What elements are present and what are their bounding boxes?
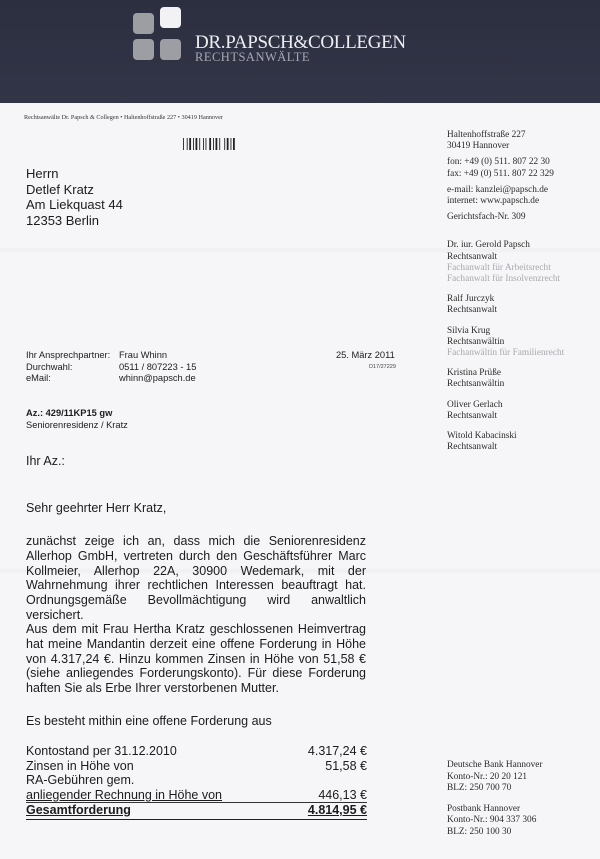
recipient-name: Detlef Kratz [26, 182, 123, 198]
claim-row: Kontostand per 31.12.2010 4.317,24 € [26, 744, 367, 759]
bank-name: Deutsche Bank Hannover [447, 760, 597, 772]
lawyer-title: Rechtsanwalt [447, 252, 597, 263]
contact-email: whinn@papsch.de [119, 373, 196, 385]
our-reference: Az.: 429/11KP15 gw [26, 408, 112, 418]
lawyer-name: Silvia Krug [447, 326, 597, 337]
firm-website: internet: www.papsch.de [447, 196, 597, 207]
lawyer-specialty: Fachanwalt für Arbeitsrecht [447, 263, 597, 274]
lawyer-title: Rechtsanwalt [447, 442, 597, 453]
claim-label: Kontostand per 31.12.2010 [26, 744, 177, 759]
claim-row: RA-Gebühren gem. [26, 773, 367, 788]
lawyer-title: Rechtsanwältin [447, 379, 597, 390]
bank-blz: BLZ: 250 100 30 [447, 827, 597, 839]
claim-label: anliegender Rechnung in Höhe von [26, 788, 222, 803]
claim-row: Zinsen in Höhe von 51,58 € [26, 759, 367, 774]
body-paragraph-3: Es besteht mithin eine offene Forderung … [26, 714, 366, 729]
firm-phone: fon: +49 (0) 511. 807 22 30 [447, 157, 597, 168]
recipient-street: Am Liekquast 44 [26, 197, 123, 213]
claim-value: 4.317,24 € [308, 744, 367, 759]
claim-row: anliegender Rechnung in Höhe von 446,13 … [26, 788, 367, 804]
total-label: Gesamtforderung [26, 803, 131, 818]
claim-total-row: Gesamtforderung 4.814,95 € [26, 803, 367, 820]
lawyer-name: Ralf Jurczyk [447, 294, 597, 305]
contact-label: Ihr Ansprechpartner: [26, 350, 119, 362]
claim-value: 51,58 € [325, 759, 367, 774]
body-paragraph-1: zunächst zeige ich an, dass mich die Sen… [26, 534, 366, 623]
firm-fax: fax: +49 (0) 511. 807 22 329 [447, 169, 597, 180]
contact-block: Ihr Ansprechpartner:Frau Whinn Durchwahl… [26, 350, 196, 385]
court-box-number: Gerichtsfach-Nr. 309 [447, 212, 597, 223]
claim-value: 446,13 € [318, 788, 367, 803]
document-number: D17/27229 [369, 364, 396, 370]
logo-square-bottom-right [160, 39, 181, 60]
bank-account: Konto-Nr.: 904 337 306 [447, 815, 597, 827]
firm-phone-fax: fon: +49 (0) 511. 807 22 30 fax: +49 (0)… [447, 157, 597, 179]
lawyer-entry: Ralf JurczykRechtsanwalt [447, 294, 597, 316]
lawyer-name: Dr. iur. Gerold Papsch [447, 240, 597, 251]
lawyer-specialty: Fachanwalt für Insolvenzrecht [447, 274, 597, 285]
sender-return-address: Rechtsanwälte Dr. Papsch & Collegen • Ha… [24, 114, 223, 121]
reference-subject: Seniorenresidenz / Kratz [26, 420, 128, 432]
recipient-address: Herrn Detlef Kratz Am Liekquast 44 12353… [26, 166, 123, 228]
bank-details: Deutsche Bank Hannover Konto-Nr.: 20 20 … [447, 760, 597, 847]
your-reference: Ihr Az.: [26, 454, 65, 468]
lawyer-entry: Oliver GerlachRechtsanwalt [447, 400, 597, 422]
lawyer-title: Rechtsanwalt [447, 305, 597, 316]
body-paragraph-2: Aus dem mit Frau Hertha Kratz geschlosse… [26, 622, 366, 696]
bank-block: Postbank Hannover Konto-Nr.: 904 337 306… [447, 804, 597, 839]
bank-account: Konto-Nr.: 20 20 121 [447, 772, 597, 784]
firm-logo-icon [133, 7, 189, 63]
bank-name: Postbank Hannover [447, 804, 597, 816]
lawyer-entry: Dr. iur. Gerold PapschRechtsanwaltFachan… [447, 240, 597, 285]
claims-table: Kontostand per 31.12.2010 4.317,24 € Zin… [26, 744, 367, 820]
contact-person: Frau Whinn [119, 350, 167, 362]
firm-subtitle: RECHTSANWÄLTE [195, 50, 310, 65]
firm-info-sidebar: Haltenhoffstraße 227 30419 Hannover fon:… [447, 130, 597, 462]
firm-street: Haltenhoffstraße 227 [447, 130, 597, 141]
firm-email: e-mail: kanzlei@papsch.de [447, 185, 597, 196]
bank-blz: BLZ: 250 700 70 [447, 783, 597, 795]
lawyer-entry: Kristina PrüßeRechtsanwältin [447, 368, 597, 390]
lawyer-entry: Silvia KrugRechtsanwältinFachanwältin fü… [447, 326, 597, 360]
lawyer-list: Dr. iur. Gerold PapschRechtsanwaltFachan… [447, 240, 597, 453]
firm-address: Haltenhoffstraße 227 30419 Hannover [447, 130, 597, 152]
claim-label: Zinsen in Höhe von [26, 759, 134, 774]
lawyer-name: Witold Kabacinski [447, 431, 597, 442]
recipient-city: 12353 Berlin [26, 213, 123, 229]
lawyer-title: Rechtsanwalt [447, 411, 597, 422]
total-value: 4.814,95 € [308, 803, 367, 818]
logo-square-top-right [160, 7, 181, 28]
lawyer-title: Rechtsanwältin [447, 337, 597, 348]
reference-block: Az.: 429/11KP15 gw Seniorenresidenz / Kr… [26, 408, 128, 431]
logo-square-top-left [133, 13, 154, 34]
bank-block: Deutsche Bank Hannover Konto-Nr.: 20 20 … [447, 760, 597, 795]
letterhead-banner: DR.PAPSCH&COLLEGEN RECHTSANWÄLTE [0, 0, 600, 103]
lawyer-name: Oliver Gerlach [447, 400, 597, 411]
email-label: eMail: [26, 373, 119, 385]
lawyer-specialty: Fachanwältin für Familienrecht [447, 348, 597, 359]
firm-online: e-mail: kanzlei@papsch.de internet: www.… [447, 185, 597, 207]
lawyer-name: Kristina Prüße [447, 368, 597, 379]
letter-date: 25. März 2011 [336, 350, 395, 360]
logo-square-bottom-left [133, 39, 154, 60]
claim-label: RA-Gebühren gem. [26, 773, 134, 788]
lawyer-entry: Witold KabacinskiRechtsanwalt [447, 431, 597, 453]
letter-salutation: Sehr geehrter Herr Kratz, [26, 501, 166, 515]
firm-city: 30419 Hannover [447, 141, 597, 152]
barcode-icon [183, 138, 261, 150]
direct-dial-label: Durchwahl: [26, 362, 119, 374]
direct-dial-number: 0511 / 807223 - 15 [119, 362, 196, 374]
recipient-salutation: Herrn [26, 166, 123, 182]
